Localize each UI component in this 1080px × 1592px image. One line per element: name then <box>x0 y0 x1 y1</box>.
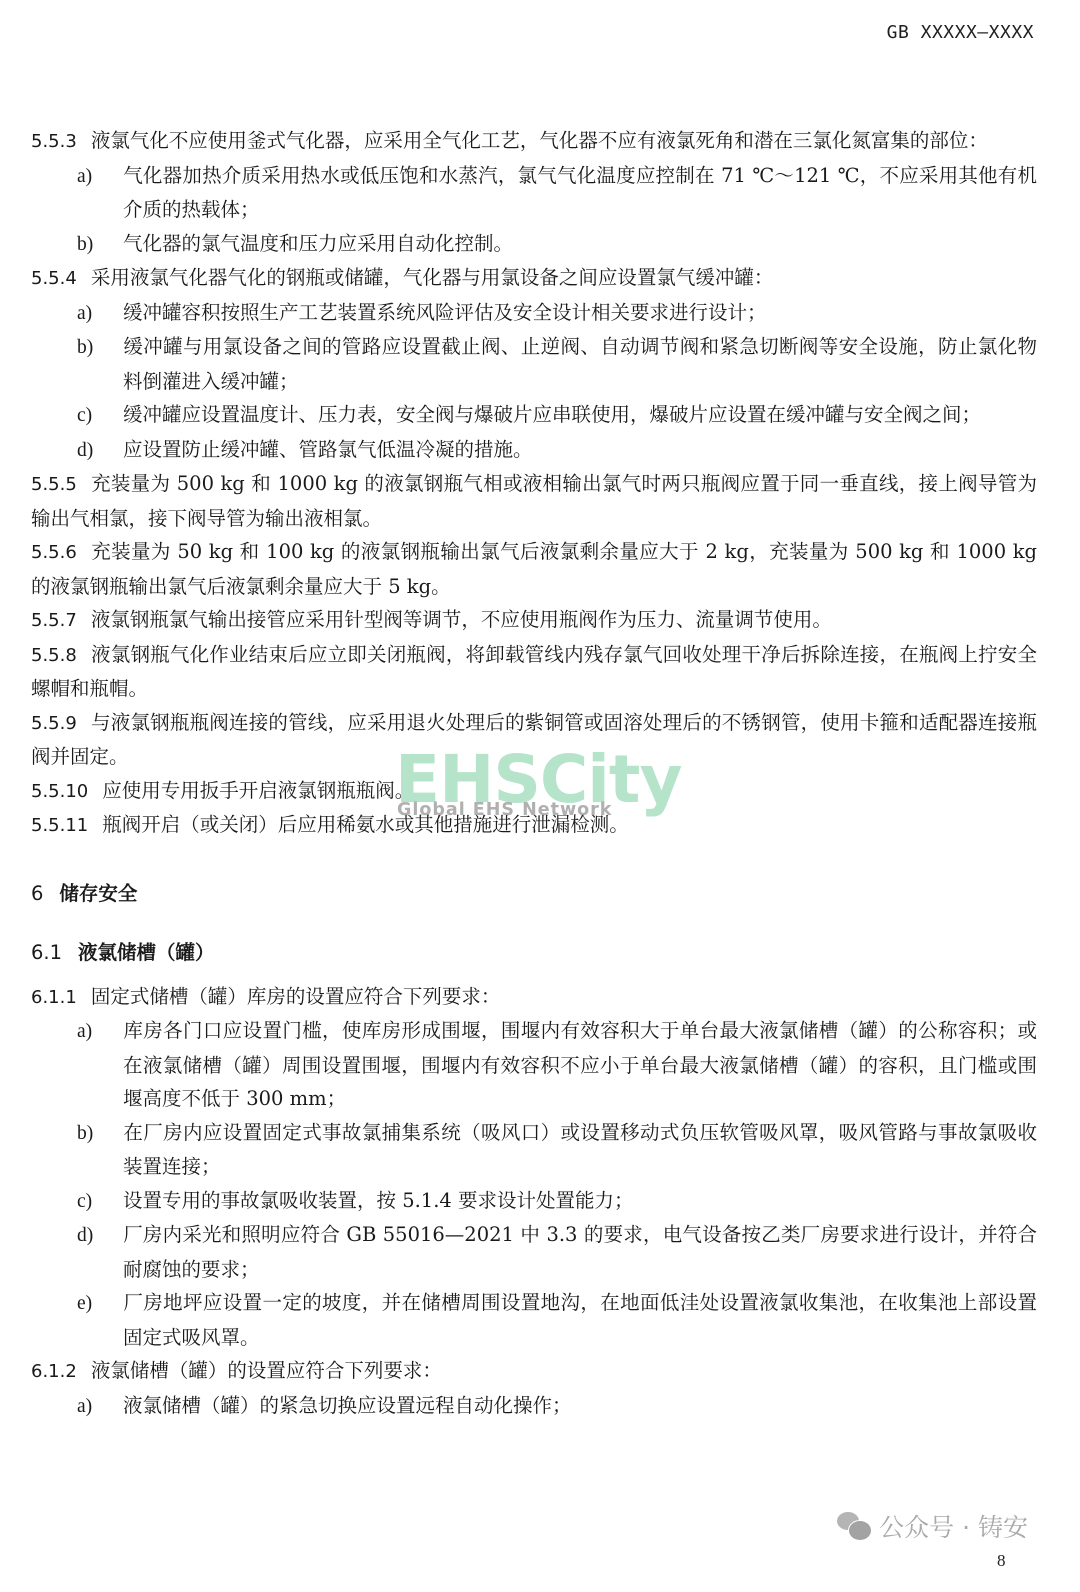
clause-5-5-5: 5.5.5充装量为 500 kg 和 1000 kg 的液氯钢瓶气相或液相输出氯… <box>31 467 1037 535</box>
section-title: 液氯储槽（罐） <box>78 941 215 964</box>
clause-number: 5.5.4 <box>31 268 77 289</box>
item-text: 气化器加热介质采用热水或低压饱和水蒸汽，氯气气化温度应控制在 71 ℃～121 … <box>123 164 1037 222</box>
item-text: 液氯储槽（罐）的紧急切换应设置远程自动化操作； <box>123 1394 572 1417</box>
item-label: a) <box>77 1015 123 1049</box>
clause-5-5-9: 5.5.9与液氯钢瓶瓶阀连接的管线，应采用退火处理后的紫铜管或固溶处理后的不锈钢… <box>31 706 1037 774</box>
item-label: b) <box>77 228 123 262</box>
clause-5-5-7: 5.5.7液氯钢瓶氯气输出接管应采用针型阀等调节，不应使用瓶阀作为压力、流量调节… <box>31 603 1037 638</box>
item-label: b) <box>77 331 123 365</box>
clause-text: 瓶阀开启（或关闭）后应用稀氨水或其他措施进行泄漏检测。 <box>102 813 629 836</box>
clause-text: 固定式储槽（罐）库房的设置应符合下列要求： <box>91 985 501 1008</box>
item-text: 缓冲罐容积按照生产工艺装置系统风险评估及安全设计相关要求进行设计； <box>123 301 767 324</box>
item-text: 缓冲罐与用氯设备之间的管路应设置截止阀、止逆阀、自动调节阀和紧急切断阀等安全设施… <box>123 335 1037 393</box>
section-heading: 6.1液氯储槽（罐） <box>31 936 1037 970</box>
account-name: 公众号 · 铸安 <box>879 1508 1028 1544</box>
section-number: 6.1 <box>31 941 62 964</box>
list-item: b)在厂房内应设置固定式事故氯捕集系统（吸风口）或设置移动式负压软管吸风罩，吸风… <box>31 1116 1037 1184</box>
item-text: 设置专用的事故氯吸收装置，按 5.1.4 要求设计处置能力； <box>123 1189 634 1212</box>
item-label: b) <box>77 1117 123 1151</box>
clause-text: 充装量为 50 kg 和 100 kg 的液氯钢瓶输出氯气后液氯剩余量应大于 2… <box>31 540 1037 598</box>
item-label: a) <box>77 297 123 331</box>
clause-text: 液氯钢瓶气化作业结束后应立即关闭瓶阀，将卸载管线内残存氯气回收处理干净后拆除连接… <box>31 643 1037 701</box>
clause-text: 采用液氯气化器气化的钢瓶或储罐，气化器与用氯设备之间应设置氯气缓冲罐： <box>91 266 774 289</box>
list-item: c)缓冲罐应设置温度计、压力表，安全阀与爆破片应串联使用，爆破片应设置在缓冲罐与… <box>31 398 1037 433</box>
list-item: a)气化器加热介质采用热水或低压饱和水蒸汽，氯气气化温度应控制在 71 ℃～12… <box>31 159 1037 227</box>
list-item: b)气化器的氯气温度和压力应采用自动化控制。 <box>31 227 1037 262</box>
page-number: 8 <box>997 1551 1006 1571</box>
item-text: 厂房地坪应设置一定的坡度，并在储槽周围设置地沟，在地面低洼处设置液氯收集池，在收… <box>123 1291 1037 1349</box>
list-item: b)缓冲罐与用氯设备之间的管路应设置截止阀、止逆阀、自动调节阀和紧急切断阀等安全… <box>31 330 1037 398</box>
list-item: a)缓冲罐容积按照生产工艺装置系统风险评估及安全设计相关要求进行设计； <box>31 296 1037 331</box>
wechat-account-badge: 公众号 · 铸安 <box>837 1508 1028 1544</box>
clause-text: 应使用专用扳手开启液氯钢瓶瓶阀。 <box>102 779 414 802</box>
item-text: 气化器的氯气温度和压力应采用自动化控制。 <box>123 232 513 255</box>
wechat-icon <box>837 1512 871 1540</box>
chapter-number: 6 <box>31 882 43 905</box>
item-label: c) <box>77 1185 123 1219</box>
clause-5-5-10: 5.5.10应使用专用扳手开启液氯钢瓶瓶阀。 <box>31 774 1037 809</box>
list-item: d)厂房内采光和照明应符合 GB 55016—2021 中 3.3 的要求，电气… <box>31 1218 1037 1286</box>
item-label: c) <box>77 399 123 433</box>
item-label: d) <box>77 434 123 468</box>
clause-number: 6.1.1 <box>31 987 77 1008</box>
document-body: 5.5.3液氯气化不应使用釜式气化器，应采用全气化工艺，气化器不应有液氯死角和潜… <box>31 124 1037 1423</box>
item-label: d) <box>77 1219 123 1253</box>
item-text: 厂房内采光和照明应符合 GB 55016—2021 中 3.3 的要求，电气设备… <box>123 1223 1037 1281</box>
clause-number: 5.5.8 <box>31 645 77 666</box>
list-item: e)厂房地坪应设置一定的坡度，并在储槽周围设置地沟，在地面低洼处设置液氯收集池，… <box>31 1286 1037 1354</box>
item-label: e) <box>77 1287 123 1321</box>
clause-6-1-1: 6.1.1固定式储槽（罐）库房的设置应符合下列要求： <box>31 980 1037 1015</box>
clause-5-5-4: 5.5.4采用液氯气化器气化的钢瓶或储罐，气化器与用氯设备之间应设置氯气缓冲罐： <box>31 261 1037 296</box>
item-text: 缓冲罐应设置温度计、压力表，安全阀与爆破片应串联使用，爆破片应设置在缓冲罐与安全… <box>123 403 981 426</box>
clause-number: 5.5.3 <box>31 131 77 152</box>
clause-text: 液氯储槽（罐）的设置应符合下列要求： <box>91 1359 442 1382</box>
list-item: a)液氯储槽（罐）的紧急切换应设置远程自动化操作； <box>31 1389 1037 1424</box>
clause-5-5-11: 5.5.11瓶阀开启（或关闭）后应用稀氨水或其他措施进行泄漏检测。 <box>31 808 1037 843</box>
clause-number: 5.5.9 <box>31 713 77 734</box>
clause-number: 5.5.11 <box>31 815 88 836</box>
clause-number: 6.1.2 <box>31 1361 77 1382</box>
item-text: 应设置防止缓冲罐、管路氯气低温冷凝的措施。 <box>123 438 533 461</box>
list-item: c)设置专用的事故氯吸收装置，按 5.1.4 要求设计处置能力； <box>31 1184 1037 1219</box>
standard-code-header: GB XXXXX—XXXX <box>887 22 1034 43</box>
list-item: d)应设置防止缓冲罐、管路氯气低温冷凝的措施。 <box>31 433 1037 468</box>
clause-number: 5.5.5 <box>31 474 77 495</box>
chapter-heading: 6储存安全 <box>31 877 1037 911</box>
clause-number: 5.5.10 <box>31 781 88 802</box>
clause-text: 液氯气化不应使用釜式气化器，应采用全气化工艺，气化器不应有液氯死角和潜在三氯化氮… <box>91 129 988 152</box>
item-label: a) <box>77 160 123 194</box>
item-text: 在厂房内应设置固定式事故氯捕集系统（吸风口）或设置移动式负压软管吸风罩，吸风管路… <box>123 1121 1037 1179</box>
clause-5-5-8: 5.5.8液氯钢瓶气化作业结束后应立即关闭瓶阀，将卸载管线内残存氯气回收处理干净… <box>31 638 1037 706</box>
item-label: a) <box>77 1390 123 1424</box>
clause-5-5-3: 5.5.3液氯气化不应使用釜式气化器，应采用全气化工艺，气化器不应有液氯死角和潜… <box>31 124 1037 159</box>
list-item: a)库房各门口应设置门槛，使库房形成围堰，围堰内有效容积大于单台最大液氯储槽（罐… <box>31 1014 1037 1116</box>
item-text: 库房各门口应设置门槛，使库房形成围堰，围堰内有效容积大于单台最大液氯储槽（罐）的… <box>123 1019 1037 1110</box>
clause-number: 5.5.6 <box>31 542 77 563</box>
chapter-title: 储存安全 <box>59 882 137 905</box>
clause-number: 5.5.7 <box>31 610 77 631</box>
clause-5-5-6: 5.5.6充装量为 50 kg 和 100 kg 的液氯钢瓶输出氯气后液氯剩余量… <box>31 535 1037 603</box>
clause-6-1-2: 6.1.2液氯储槽（罐）的设置应符合下列要求： <box>31 1354 1037 1389</box>
clause-text: 与液氯钢瓶瓶阀连接的管线，应采用退火处理后的紫铜管或固溶处理后的不锈钢管，使用卡… <box>31 711 1037 769</box>
clause-text: 液氯钢瓶氯气输出接管应采用针型阀等调节，不应使用瓶阀作为压力、流量调节使用。 <box>91 608 832 631</box>
clause-text: 充装量为 500 kg 和 1000 kg 的液氯钢瓶气相或液相输出氯气时两只瓶… <box>31 472 1037 530</box>
